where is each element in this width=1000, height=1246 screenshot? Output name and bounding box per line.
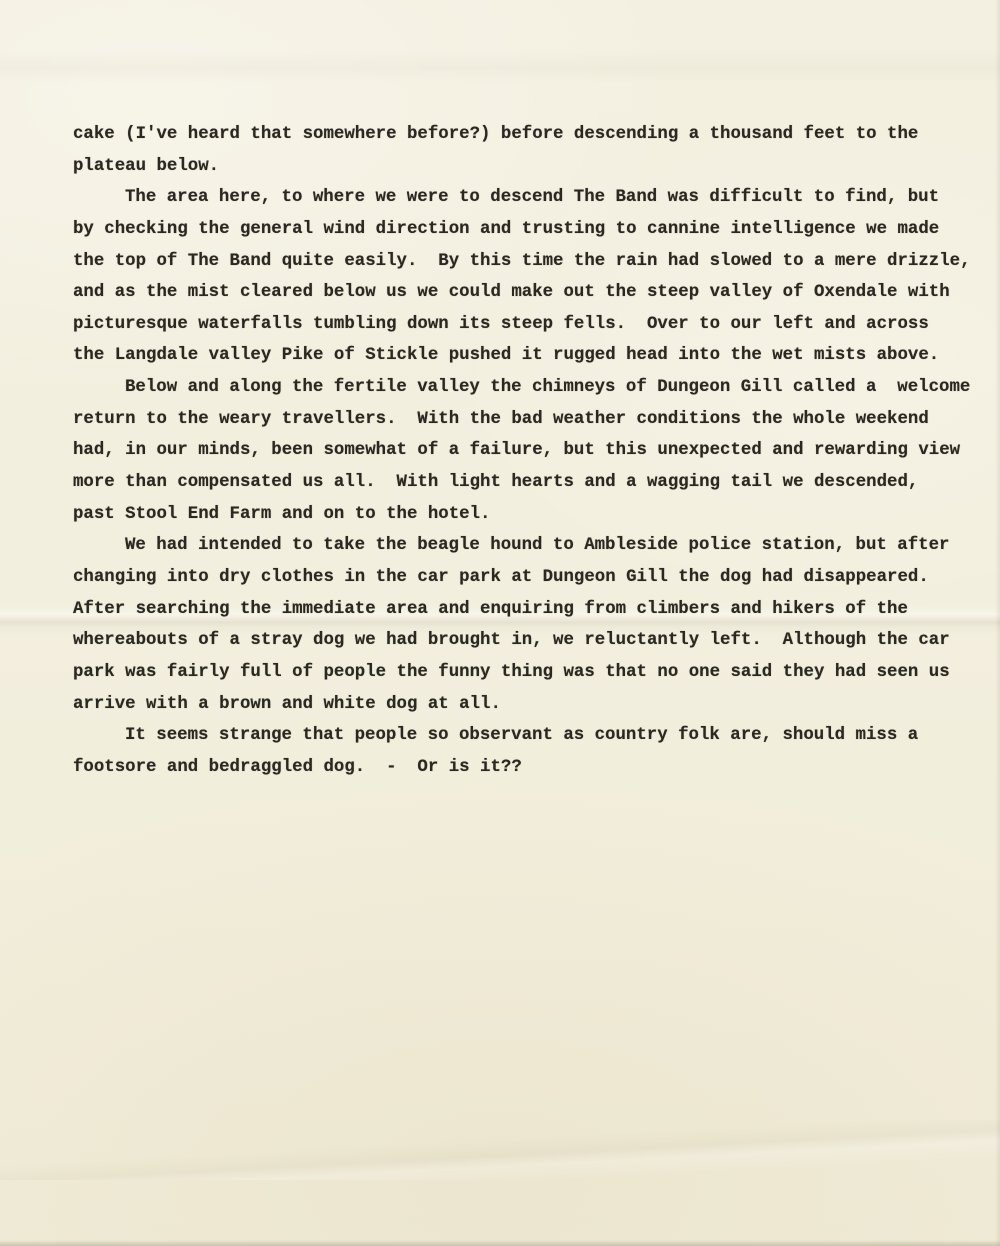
text-line: had, in our minds, been somewhat of a fa… (73, 435, 978, 467)
text-line: arrive with a brown and white dog at all… (73, 689, 978, 721)
paper-wrinkle-top (0, 40, 1000, 90)
text-line: the Langdale valley Pike of Stickle push… (73, 340, 978, 372)
text-line: We had intended to take the beagle hound… (73, 530, 978, 562)
text-line: cake (I've heard that somewhere before?)… (73, 119, 978, 151)
text-line: by checking the general wind direction a… (73, 214, 978, 246)
text-line: footsore and bedraggled dog. - Or is it?… (73, 752, 978, 784)
typewritten-text: cake (I've heard that somewhere before?)… (73, 119, 978, 783)
text-line: Below and along the fertile valley the c… (73, 372, 978, 404)
scan-background: { "page": { "paper_color": "#f3efde", "i… (0, 0, 1000, 1246)
document-page: cake (I've heard that somewhere before?)… (0, 0, 1000, 1246)
text-line: return to the weary travellers. With the… (73, 404, 978, 436)
page-edge-shadow-right (995, 0, 1000, 1246)
text-line: After searching the immediate area and e… (73, 594, 978, 626)
text-line: The area here, to where we were to desce… (73, 182, 978, 214)
text-line: past Stool End Farm and on to the hotel. (73, 499, 978, 531)
text-line: more than compensated us all. With light… (73, 467, 978, 499)
text-line: changing into dry clothes in the car par… (73, 562, 978, 594)
text-line: whereabouts of a stray dog we had brough… (73, 625, 978, 657)
paper-wrinkle-bottom (0, 1120, 1000, 1180)
text-line: It seems strange that people so observan… (73, 720, 978, 752)
text-line: plateau below. (73, 151, 978, 183)
page-edge-shadow-bottom (0, 1240, 1000, 1246)
text-line: and as the mist cleared below us we coul… (73, 277, 978, 309)
text-line: park was fairly full of people the funny… (73, 657, 978, 689)
text-line: picturesque waterfalls tumbling down its… (73, 309, 978, 341)
text-line: the top of The Band quite easily. By thi… (73, 246, 978, 278)
